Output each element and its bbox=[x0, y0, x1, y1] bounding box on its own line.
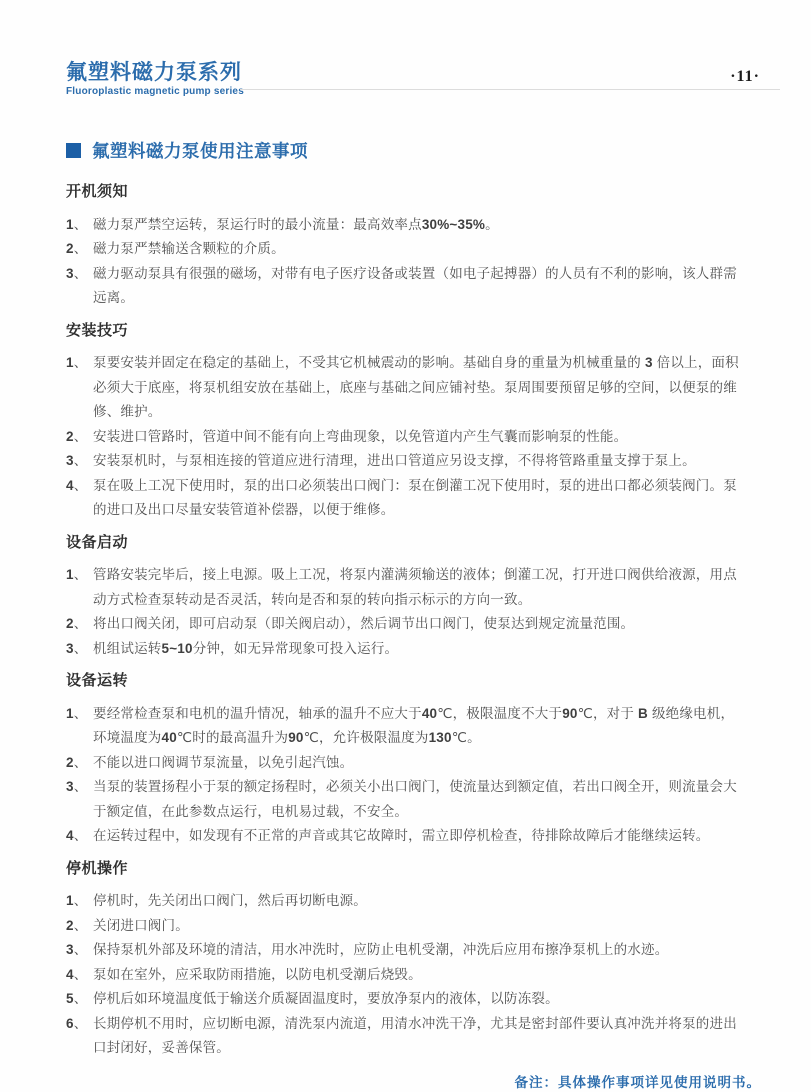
sections-container: 开机须知1、磁力泵严禁空运转，泵运行时的最小流量：最高效率点30%~35%。2、… bbox=[66, 180, 746, 1061]
footer-note: 备注：具体操作事项详见使用说明书。 bbox=[66, 1071, 761, 1091]
section-heading: 设备启动 bbox=[66, 531, 746, 556]
list-item: 4、在运转过程中，如发现有不正常的声音或其它故障时，需立即停机检查，待排除故障后… bbox=[66, 824, 746, 849]
section: 开机须知1、磁力泵严禁空运转，泵运行时的最小流量：最高效率点30%~35%。2、… bbox=[66, 180, 746, 311]
item-text: 泵如在室外，应采取防雨措施，以防电机受潮后烧毁。 bbox=[93, 967, 422, 982]
item-number: 1、 bbox=[66, 563, 87, 588]
section-heading: 开机须知 bbox=[66, 180, 746, 205]
list-item: 1、要经常检查泵和电机的温升情况，轴承的温升不应大于40℃，极限温度不大于90℃… bbox=[66, 702, 746, 751]
series-title-cn: 氟塑料磁力泵系列 bbox=[66, 62, 746, 84]
section: 停机操作1、停机时，先关闭出口阀门，然后再切断电源。2、关闭进口阀门。3、保持泵… bbox=[66, 857, 746, 1061]
item-number: 2、 bbox=[66, 237, 87, 262]
item-text: 机组试运转5~10分钟，如无异常现象可投入运行。 bbox=[93, 641, 398, 656]
item-number: 3、 bbox=[66, 262, 87, 287]
page-number: ·11· bbox=[730, 68, 760, 86]
document-page: 氟塑料磁力泵系列 Fluoroplastic magnetic pump ser… bbox=[0, 0, 811, 1092]
item-text: 泵要安装并固定在稳定的基础上，不受其它机械震动的影响。基础自身的重量为机械重量的… bbox=[93, 355, 739, 419]
item-text: 泵在吸上工况下使用时，泵的出口必须装出口阀门：泵在倒灌工况下使用时，泵的进出口都… bbox=[93, 478, 737, 518]
item-number: 2、 bbox=[66, 612, 87, 637]
section-items: 1、泵要安装并固定在稳定的基础上，不受其它机械震动的影响。基础自身的重量为机械重… bbox=[66, 351, 746, 523]
section-items: 1、停机时，先关闭出口阀门，然后再切断电源。2、关闭进口阀门。3、保持泵机外部及… bbox=[66, 889, 746, 1061]
item-text: 磁力驱动泵具有很强的磁场，对带有电子医疗设备或装置（如电子起搏器）的人员有不利的… bbox=[93, 266, 737, 306]
section-items: 1、磁力泵严禁空运转，泵运行时的最小流量：最高效率点30%~35%。2、磁力泵严… bbox=[66, 213, 746, 311]
list-item: 3、安装泵机时，与泵相连接的管道应进行清理，进出口管道应另设支撑，不得将管路重量… bbox=[66, 449, 746, 474]
list-item: 2、关闭进口阀门。 bbox=[66, 914, 746, 939]
item-text: 磁力泵严禁输送含颗粒的介质。 bbox=[93, 241, 285, 256]
item-text: 停机后如环境温度低于输送介质凝固温度时，要放净泵内的液体，以防冻裂。 bbox=[93, 991, 559, 1006]
list-item: 4、泵如在室外，应采取防雨措施，以防电机受潮后烧毁。 bbox=[66, 963, 746, 988]
item-number: 5、 bbox=[66, 987, 87, 1012]
list-item: 3、当泵的装置扬程小于泵的额定扬程时，必须关小出口阀门，使流量达到额定值，若出口… bbox=[66, 775, 746, 824]
item-text: 要经常检查泵和电机的温升情况，轴承的温升不应大于40℃，极限温度不大于90℃，对… bbox=[93, 706, 734, 746]
item-text: 管路安装完毕后，接上电源。吸上工况，将泵内灌满须输送的液体；倒灌工况，打开进口阀… bbox=[93, 567, 737, 607]
section-heading: 停机操作 bbox=[66, 857, 746, 882]
list-item: 2、磁力泵严禁输送含颗粒的介质。 bbox=[66, 237, 746, 262]
list-item: 2、不能以进口阀调节泵流量，以免引起汽蚀。 bbox=[66, 751, 746, 776]
list-item: 3、机组试运转5~10分钟，如无异常现象可投入运行。 bbox=[66, 637, 746, 662]
series-title-en: Fluoroplastic magnetic pump series bbox=[66, 86, 746, 97]
item-number: 1、 bbox=[66, 351, 87, 376]
item-text: 安装进口管路时，管道中间不能有向上弯曲现象，以免管道内产生气囊而影响泵的性能。 bbox=[93, 429, 627, 444]
item-number: 6、 bbox=[66, 1012, 87, 1037]
item-text: 长期停机不用时，应切断电源，清洗泵内流道，用清水冲洗干净，尤其是密封部件要认真冲… bbox=[93, 1016, 737, 1056]
item-text: 保持泵机外部及环境的清洁，用水冲洗时，应防止电机受潮，冲洗后应用布擦净泵机上的水… bbox=[93, 942, 668, 957]
list-item: 2、将出口阀关闭，即可启动泵（即关阀启动），然后调节出口阀门，使泵达到规定流量范… bbox=[66, 612, 746, 637]
item-number: 3、 bbox=[66, 637, 87, 662]
list-item: 2、安装进口管路时，管道中间不能有向上弯曲现象，以免管道内产生气囊而影响泵的性能… bbox=[66, 425, 746, 450]
list-item: 1、磁力泵严禁空运转，泵运行时的最小流量：最高效率点30%~35%。 bbox=[66, 213, 746, 238]
main-title-text: 氟塑料磁力泵使用注意事项 bbox=[92, 138, 308, 163]
section: 安装技巧1、泵要安装并固定在稳定的基础上，不受其它机械震动的影响。基础自身的重量… bbox=[66, 319, 746, 523]
section-items: 1、管路安装完毕后，接上电源。吸上工况，将泵内灌满须输送的液体；倒灌工况，打开进… bbox=[66, 563, 746, 661]
section-heading: 设备运转 bbox=[66, 669, 746, 694]
list-item: 5、停机后如环境温度低于输送介质凝固温度时，要放净泵内的液体，以防冻裂。 bbox=[66, 987, 746, 1012]
title-square-icon bbox=[66, 143, 81, 158]
list-item: 3、磁力驱动泵具有很强的磁场，对带有电子医疗设备或装置（如电子起搏器）的人员有不… bbox=[66, 262, 746, 311]
section-items: 1、要经常检查泵和电机的温升情况，轴承的温升不应大于40℃，极限温度不大于90℃… bbox=[66, 702, 746, 849]
item-number: 4、 bbox=[66, 824, 87, 849]
item-number: 4、 bbox=[66, 474, 87, 499]
list-item: 1、管路安装完毕后，接上电源。吸上工况，将泵内灌满须输送的液体；倒灌工况，打开进… bbox=[66, 563, 746, 612]
item-number: 1、 bbox=[66, 702, 87, 727]
list-item: 4、泵在吸上工况下使用时，泵的出口必须装出口阀门：泵在倒灌工况下使用时，泵的进出… bbox=[66, 474, 746, 523]
item-number: 4、 bbox=[66, 963, 87, 988]
item-number: 2、 bbox=[66, 914, 87, 939]
section: 设备启动1、管路安装完毕后，接上电源。吸上工况，将泵内灌满须输送的液体；倒灌工况… bbox=[66, 531, 746, 662]
item-number: 2、 bbox=[66, 425, 87, 450]
item-text: 磁力泵严禁空运转，泵运行时的最小流量：最高效率点30%~35%。 bbox=[93, 217, 499, 232]
item-number: 1、 bbox=[66, 213, 87, 238]
item-number: 3、 bbox=[66, 449, 87, 474]
page-header: 氟塑料磁力泵系列 Fluoroplastic magnetic pump ser… bbox=[66, 0, 746, 100]
section: 设备运转1、要经常检查泵和电机的温升情况，轴承的温升不应大于40℃，极限温度不大… bbox=[66, 669, 746, 849]
item-text: 在运转过程中，如发现有不正常的声音或其它故障时，需立即停机检查，待排除故障后才能… bbox=[93, 828, 710, 843]
item-text: 安装泵机时，与泵相连接的管道应进行清理，进出口管道应另设支撑，不得将管路重量支撑… bbox=[93, 453, 696, 468]
item-number: 3、 bbox=[66, 938, 87, 963]
item-number: 3、 bbox=[66, 775, 87, 800]
item-text: 停机时，先关闭出口阀门，然后再切断电源。 bbox=[93, 893, 367, 908]
item-text: 将出口阀关闭，即可启动泵（即关阀启动），然后调节出口阀门，使泵达到规定流量范围。 bbox=[93, 616, 634, 631]
list-item: 6、长期停机不用时，应切断电源，清洗泵内流道，用清水冲洗干净，尤其是密封部件要认… bbox=[66, 1012, 746, 1061]
header-divider bbox=[240, 89, 780, 90]
item-text: 关闭进口阀门。 bbox=[93, 918, 189, 933]
item-text: 不能以进口阀调节泵流量，以免引起汽蚀。 bbox=[93, 755, 353, 770]
list-item: 1、停机时，先关闭出口阀门，然后再切断电源。 bbox=[66, 889, 746, 914]
item-number: 1、 bbox=[66, 889, 87, 914]
main-title: 氟塑料磁力泵使用注意事项 bbox=[66, 140, 746, 160]
item-text: 当泵的装置扬程小于泵的额定扬程时，必须关小出口阀门，使流量达到额定值，若出口阀全… bbox=[93, 779, 737, 819]
list-item: 3、保持泵机外部及环境的清洁，用水冲洗时，应防止电机受潮，冲洗后应用布擦净泵机上… bbox=[66, 938, 746, 963]
list-item: 1、泵要安装并固定在稳定的基础上，不受其它机械震动的影响。基础自身的重量为机械重… bbox=[66, 351, 746, 425]
item-number: 2、 bbox=[66, 751, 87, 776]
section-heading: 安装技巧 bbox=[66, 319, 746, 344]
